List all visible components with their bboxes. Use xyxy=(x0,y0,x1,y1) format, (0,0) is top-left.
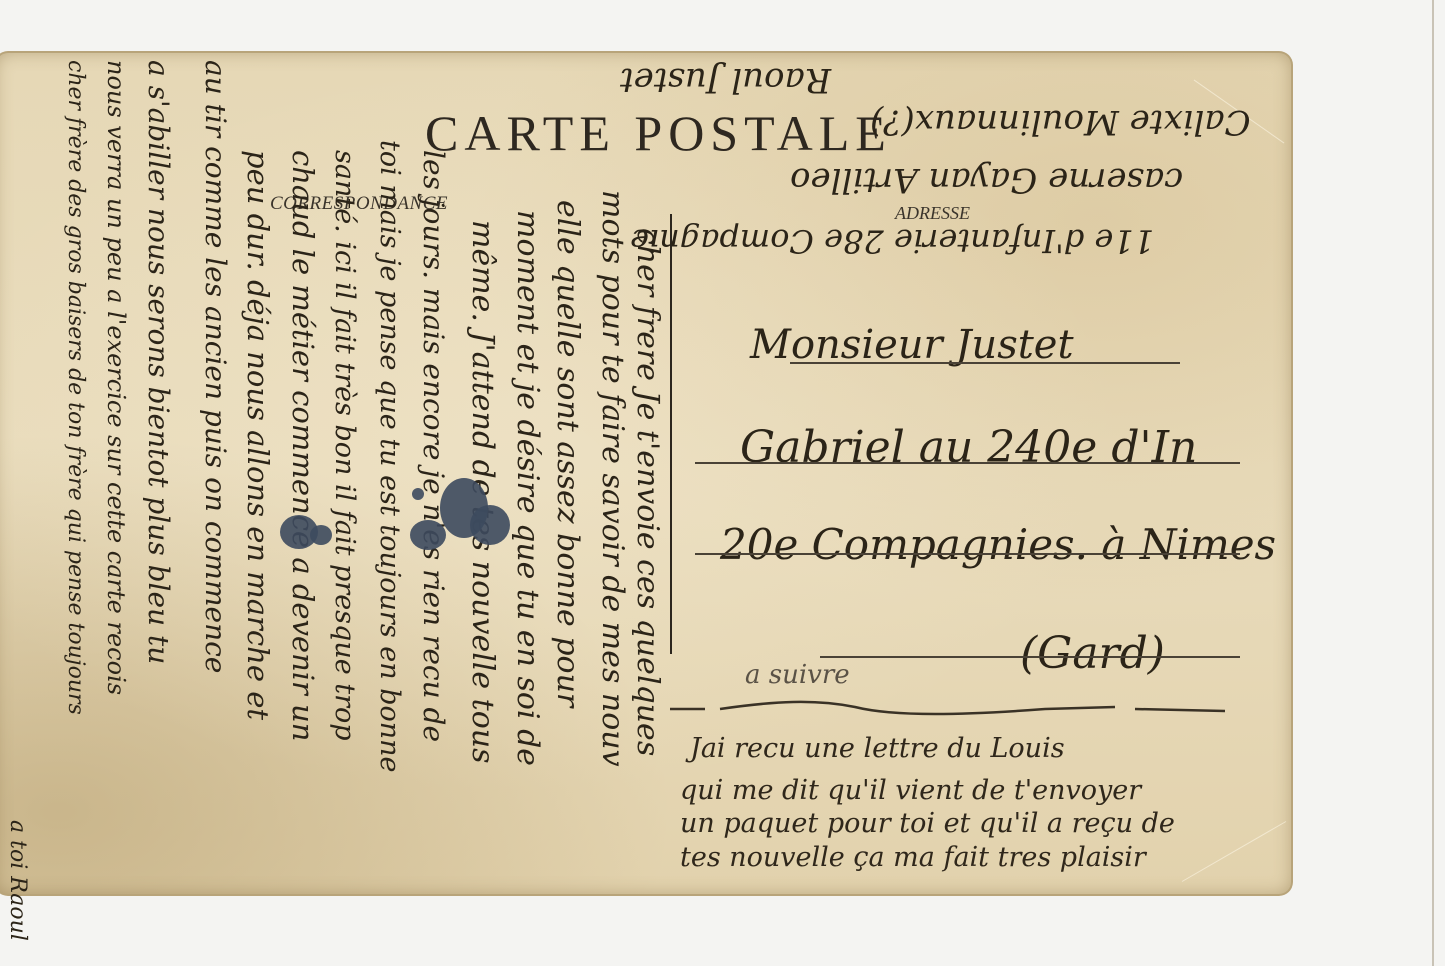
address-label: ADRESSE xyxy=(895,203,970,224)
address-rule xyxy=(695,462,1240,464)
correspondence-line-1: cher frere Je t'envoie ces quelques xyxy=(630,228,665,756)
correspondence-line-13: nous verra un peu a l'exercice sur cette… xyxy=(102,60,130,695)
sender-name-upside-down: Raoul Justet xyxy=(620,60,831,100)
postscript-line-2: qui me dit qu'il vient de t'envoyer xyxy=(680,775,1141,806)
correspondence-line-4: moment et je désire que tu en soi de xyxy=(510,210,545,766)
backing-paper-edge xyxy=(1432,0,1434,966)
correspondence-line-3: elle quelle sont assez bonne pour xyxy=(550,200,585,707)
postscript-line-4: tes nouvelle ça ma fait tres plaisir xyxy=(680,842,1146,873)
correspondence-line-6: les jours. mais encore je n'es rien recu… xyxy=(417,150,450,742)
center-divider-line xyxy=(670,214,672,654)
address-line-3: 20e Compagnies. à Nimes xyxy=(720,520,1276,569)
postscript-line-3: un paquet pour toi et qu'il a reçu de xyxy=(680,808,1175,839)
postscript-line-1: Jai recu une lettre du Louis xyxy=(690,733,1065,764)
correspondence-line-15: a toi Raoul xyxy=(5,820,30,941)
address-rule xyxy=(695,553,1240,555)
sender-line2-upside-down: Calixte Moulinnaux(?) xyxy=(870,102,1251,142)
correspondence-line-12: a s'abiller nous serons bientot plus ble… xyxy=(142,60,175,664)
correspondence-line-2: mots pour te faire savoir de mes nouv xyxy=(595,190,630,767)
address-rule xyxy=(790,362,1180,364)
correspondence-line-9: chaud le métier commence a devenir un xyxy=(286,150,320,741)
address-rule xyxy=(820,656,1240,658)
address-line-2: Gabriel au 240e d'In xyxy=(740,422,1197,473)
paper-crease xyxy=(1182,821,1286,882)
handwritten-separator xyxy=(665,695,1265,735)
printed-title: CARTE POSTALE xyxy=(425,104,892,162)
address-line-4: (Gard) xyxy=(1020,628,1165,679)
address-annotation: a suivre xyxy=(745,660,850,690)
correspondence-line-11: au tir comme les ancien puis on commence xyxy=(199,60,232,673)
correspondence-line-8: santé. ici il fait très bon il fait pres… xyxy=(329,150,360,741)
correspondence-line-7: toi mais je pense que tu est toujours en… xyxy=(374,140,405,773)
sender-line3-upside-down: caserne Gayan Artilleo xyxy=(790,160,1183,200)
correspondence-line-10: peu dur. déja nous allons en marche et xyxy=(241,150,275,720)
correspondence-line-14: cher frère des gros baisers de ton frère… xyxy=(63,60,88,715)
sender-line4-upside-down: 11e d'Infanterie 28e Compagnie xyxy=(630,222,1154,260)
